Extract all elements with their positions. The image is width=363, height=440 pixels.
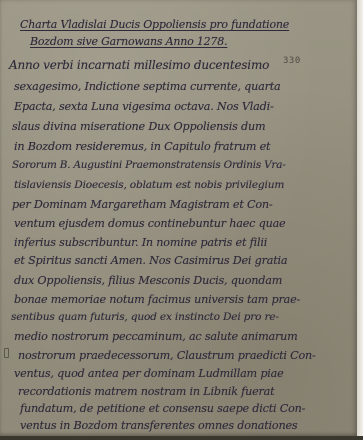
title-line-2: Bozdom sive Garnowans Anno 1278. bbox=[30, 36, 227, 47]
folio-number: 330 bbox=[283, 56, 301, 66]
body-line-19: fundatum, de petitione et consensu saepe… bbox=[20, 403, 305, 414]
manuscript-page: 330 Charta Vladislai Ducis Oppoliensis p… bbox=[0, 0, 358, 436]
body-line-16: nostrorum praedecessorum, Claustrum prae… bbox=[18, 350, 316, 361]
page-edge bbox=[357, 0, 363, 440]
body-line-2: sexagesimo, Indictione septima currente,… bbox=[14, 81, 281, 92]
body-line-18: recordationis matrem nostram in Libnik f… bbox=[18, 386, 274, 397]
body-line-3: Epacta, sexta Luna vigesima octava. Nos … bbox=[14, 101, 274, 112]
body-line-9: ventum ejusdem domus continebuntur haec … bbox=[14, 218, 285, 229]
body-line-5: in Bozdom resideremus, in Capitulo fratr… bbox=[14, 141, 270, 152]
body-line-11: et Spiritus sancti Amen. Nos Casimirus D… bbox=[14, 255, 287, 266]
body-line-1: Anno verbi incarnati millesimo ducentesi… bbox=[9, 59, 269, 71]
body-line-7: tislaviensis Dioecesis, oblatum est nobi… bbox=[14, 180, 284, 191]
body-line-17: ventus, quod antea per dominam Ludmillam… bbox=[14, 368, 284, 379]
body-line-20: ventus in Bozdom transferentes omnes don… bbox=[20, 420, 297, 431]
title-line-1: Charta Vladislai Ducis Oppoliensis pro f… bbox=[20, 19, 289, 30]
body-line-8: per Dominam Margaretham Magistram et Con… bbox=[12, 199, 272, 210]
body-line-6: Sororum B. Augustini Praemonstratensis O… bbox=[12, 160, 286, 170]
body-line-12: dux Oppoliensis, filius Mesconis Ducis, … bbox=[14, 275, 282, 286]
scan-border bbox=[0, 436, 363, 440]
body-line-10: inferius subscribuntur. In nomine patris… bbox=[14, 237, 267, 248]
margin-mark bbox=[4, 348, 9, 358]
body-line-4: slaus divina miseratione Dux Oppoliensis… bbox=[12, 121, 265, 132]
body-line-13: bonae memoriae notum facimus universis t… bbox=[14, 294, 300, 305]
body-line-14: sentibus quam futuris, quod ex instincto… bbox=[11, 312, 279, 323]
body-line-15: medio nostrorum peccaminum, ac salute an… bbox=[14, 331, 298, 342]
